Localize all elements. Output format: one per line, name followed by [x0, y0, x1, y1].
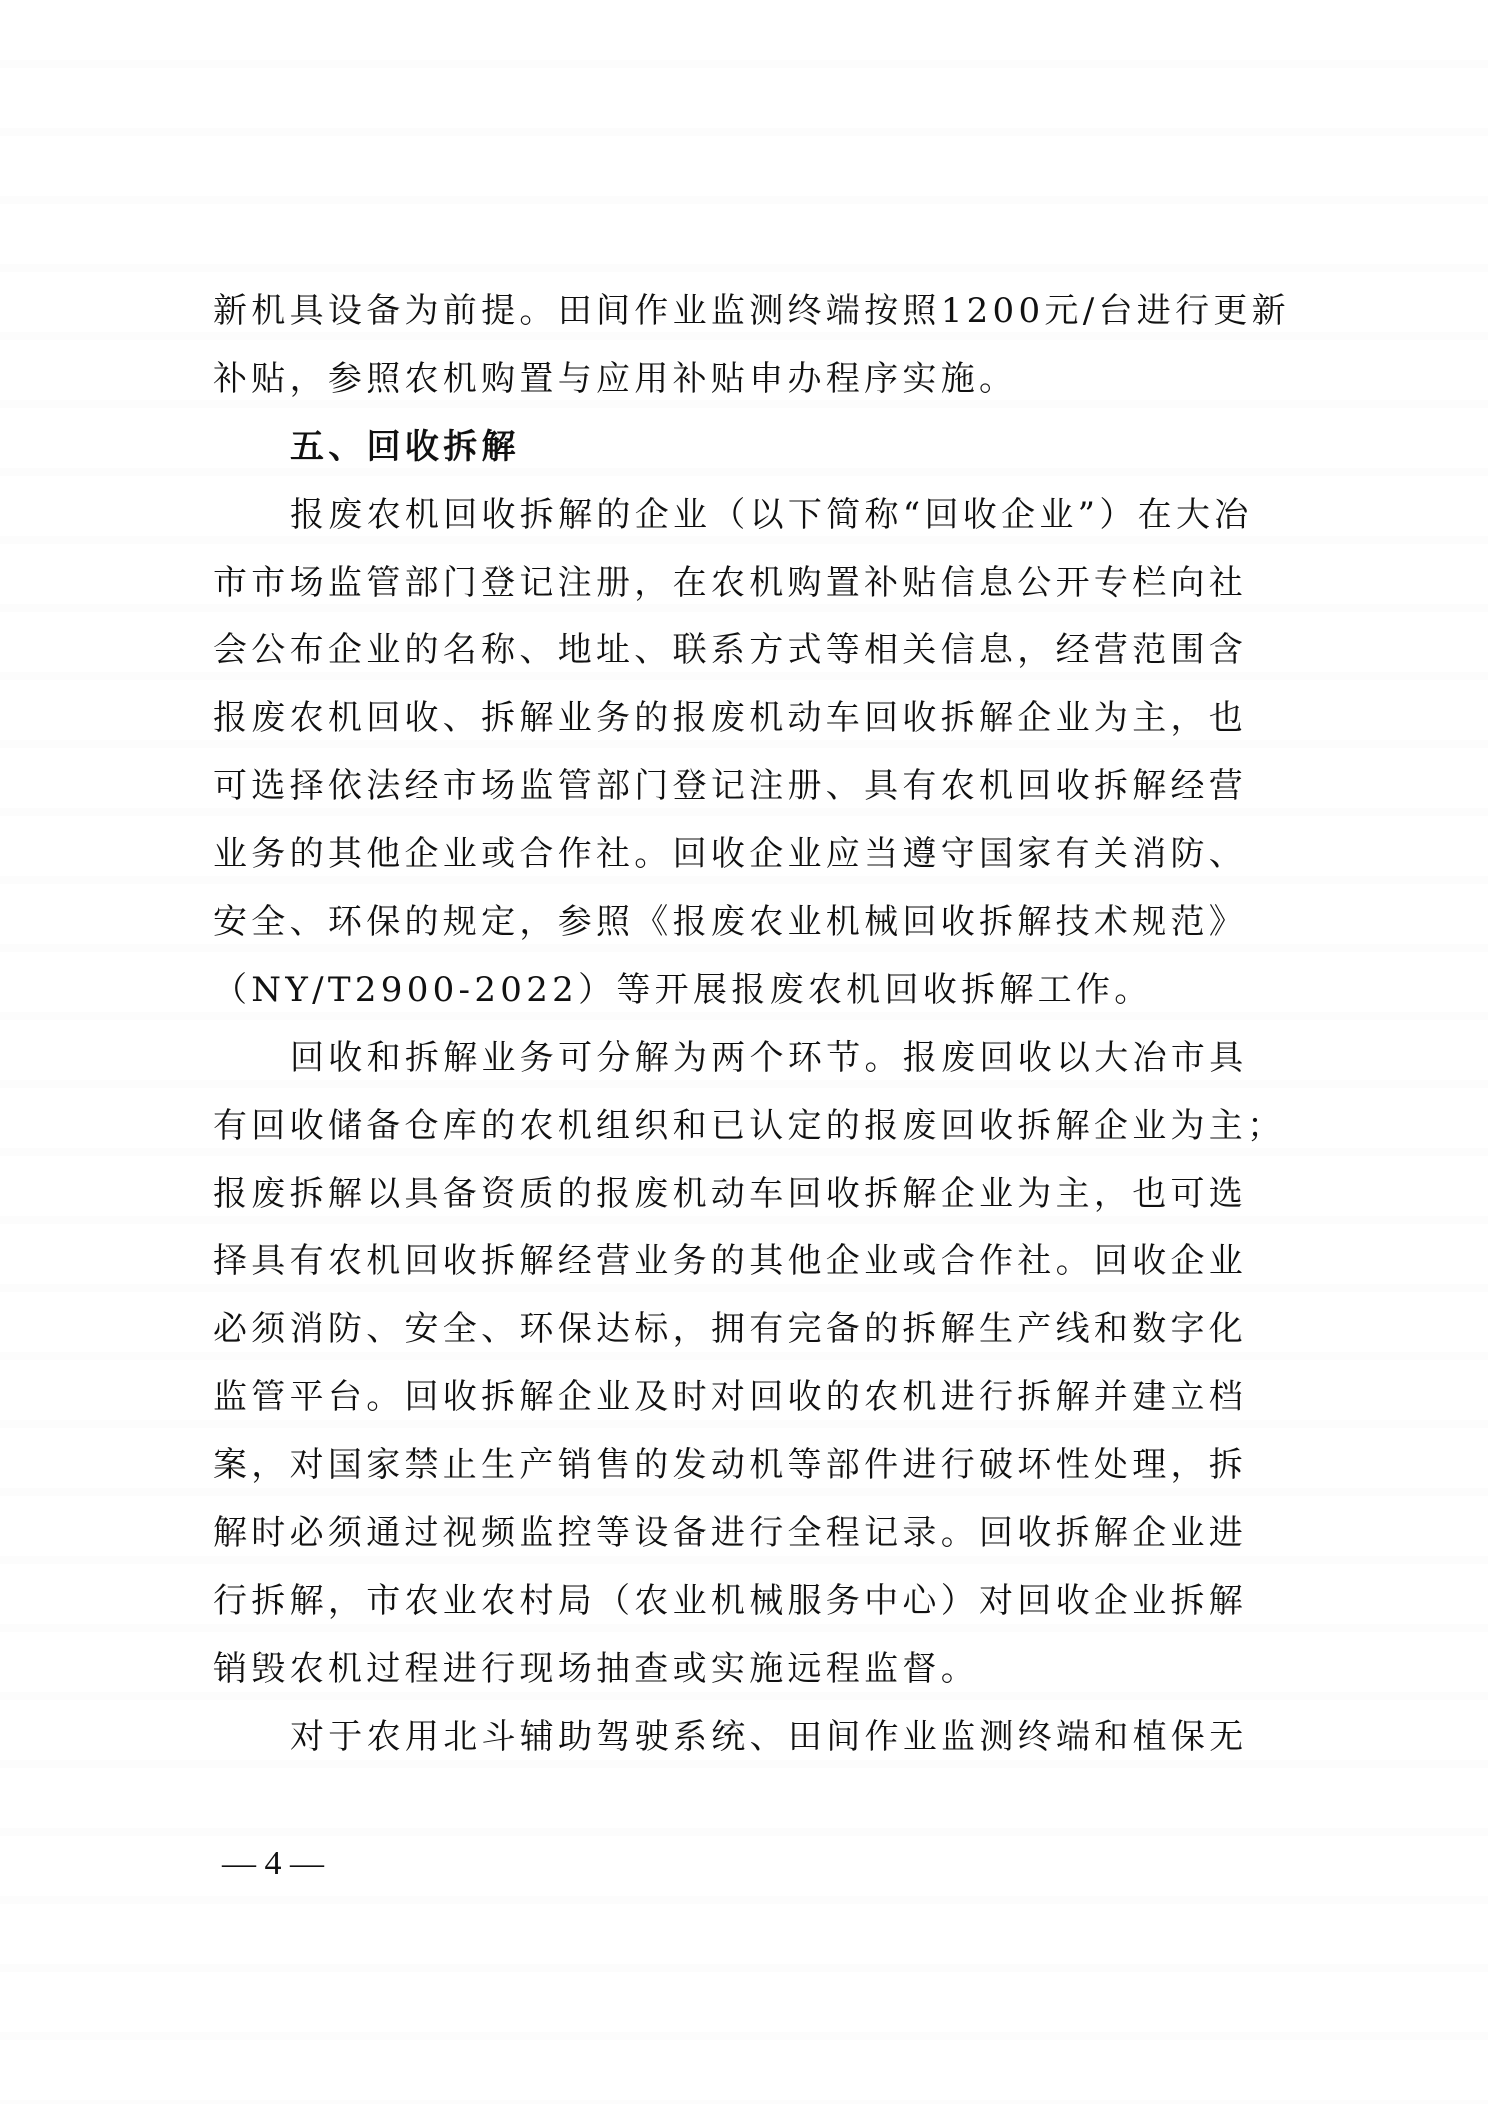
- text-line: 市市场监管部门登记注册，在农机购置补贴信息公开专栏向社: [213, 550, 1285, 618]
- text-line: 监管平台。回收拆解企业及时对回收的农机进行拆解并建立档: [213, 1364, 1285, 1432]
- document-page: 新机具设备为前提。田间作业监测终端按照1200元/台进行更新 补贴，参照农机购置…: [0, 0, 1488, 2104]
- text-line: 会公布企业的名称、地址、联系方式等相关信息，经营范围含: [213, 617, 1285, 685]
- text-line: 报废拆解以具备资质的报废机动车回收拆解企业为主，也可选: [213, 1161, 1285, 1229]
- text-line: 新机具设备为前提。田间作业监测终端按照1200元/台进行更新: [213, 278, 1285, 346]
- text-line: 报废农机回收、拆解业务的报废机动车回收拆解企业为主，也: [213, 685, 1285, 753]
- text-line: 补贴，参照农机购置与应用补贴申办程序实施。: [213, 346, 1285, 414]
- standard-reference-line: （NY/T2900-2022）等开展报废农机回收拆解工作。: [213, 957, 1285, 1025]
- page-number: — 4 —: [222, 1842, 324, 1886]
- text-line: 可选择依法经市场监管部门登记注册、具有农机回收拆解经营: [213, 753, 1285, 821]
- text-line: 择具有农机回收拆解经营业务的其他企业或合作社。回收企业: [213, 1228, 1285, 1296]
- text-line: 行拆解，市农业农村局（农业机械服务中心）对回收企业拆解: [213, 1568, 1285, 1636]
- text-line: 有回收储备仓库的农机组织和已认定的报废回收拆解企业为主；: [213, 1093, 1285, 1161]
- paragraph-start: 对于农用北斗辅助驾驶系统、田间作业监测终端和植保无: [213, 1704, 1285, 1772]
- text-line: 业务的其他企业或合作社。回收企业应当遵守国家有关消防、: [213, 821, 1285, 889]
- text-line: 安全、环保的规定，参照《报废农业机械回收拆解技术规范》: [213, 889, 1285, 957]
- paragraph-start: 报废农机回收拆解的企业（以下简称“回收企业”）在大冶: [213, 482, 1285, 550]
- paragraph-start: 回收和拆解业务可分解为两个环节。报废回收以大冶市具: [213, 1025, 1285, 1093]
- body-text: 新机具设备为前提。田间作业监测终端按照1200元/台进行更新 补贴，参照农机购置…: [213, 278, 1285, 1772]
- text-line: 解时必须通过视频监控等设备进行全程记录。回收拆解企业进: [213, 1500, 1285, 1568]
- text-line: 案，对国家禁止生产销售的发动机等部件进行破坏性处理，拆: [213, 1432, 1285, 1500]
- text-line: 必须消防、安全、环保达标，拥有完备的拆解生产线和数字化: [213, 1296, 1285, 1364]
- text-line: 销毁农机过程进行现场抽查或实施远程监督。: [213, 1636, 1285, 1704]
- section-heading: 五、回收拆解: [213, 414, 1285, 482]
